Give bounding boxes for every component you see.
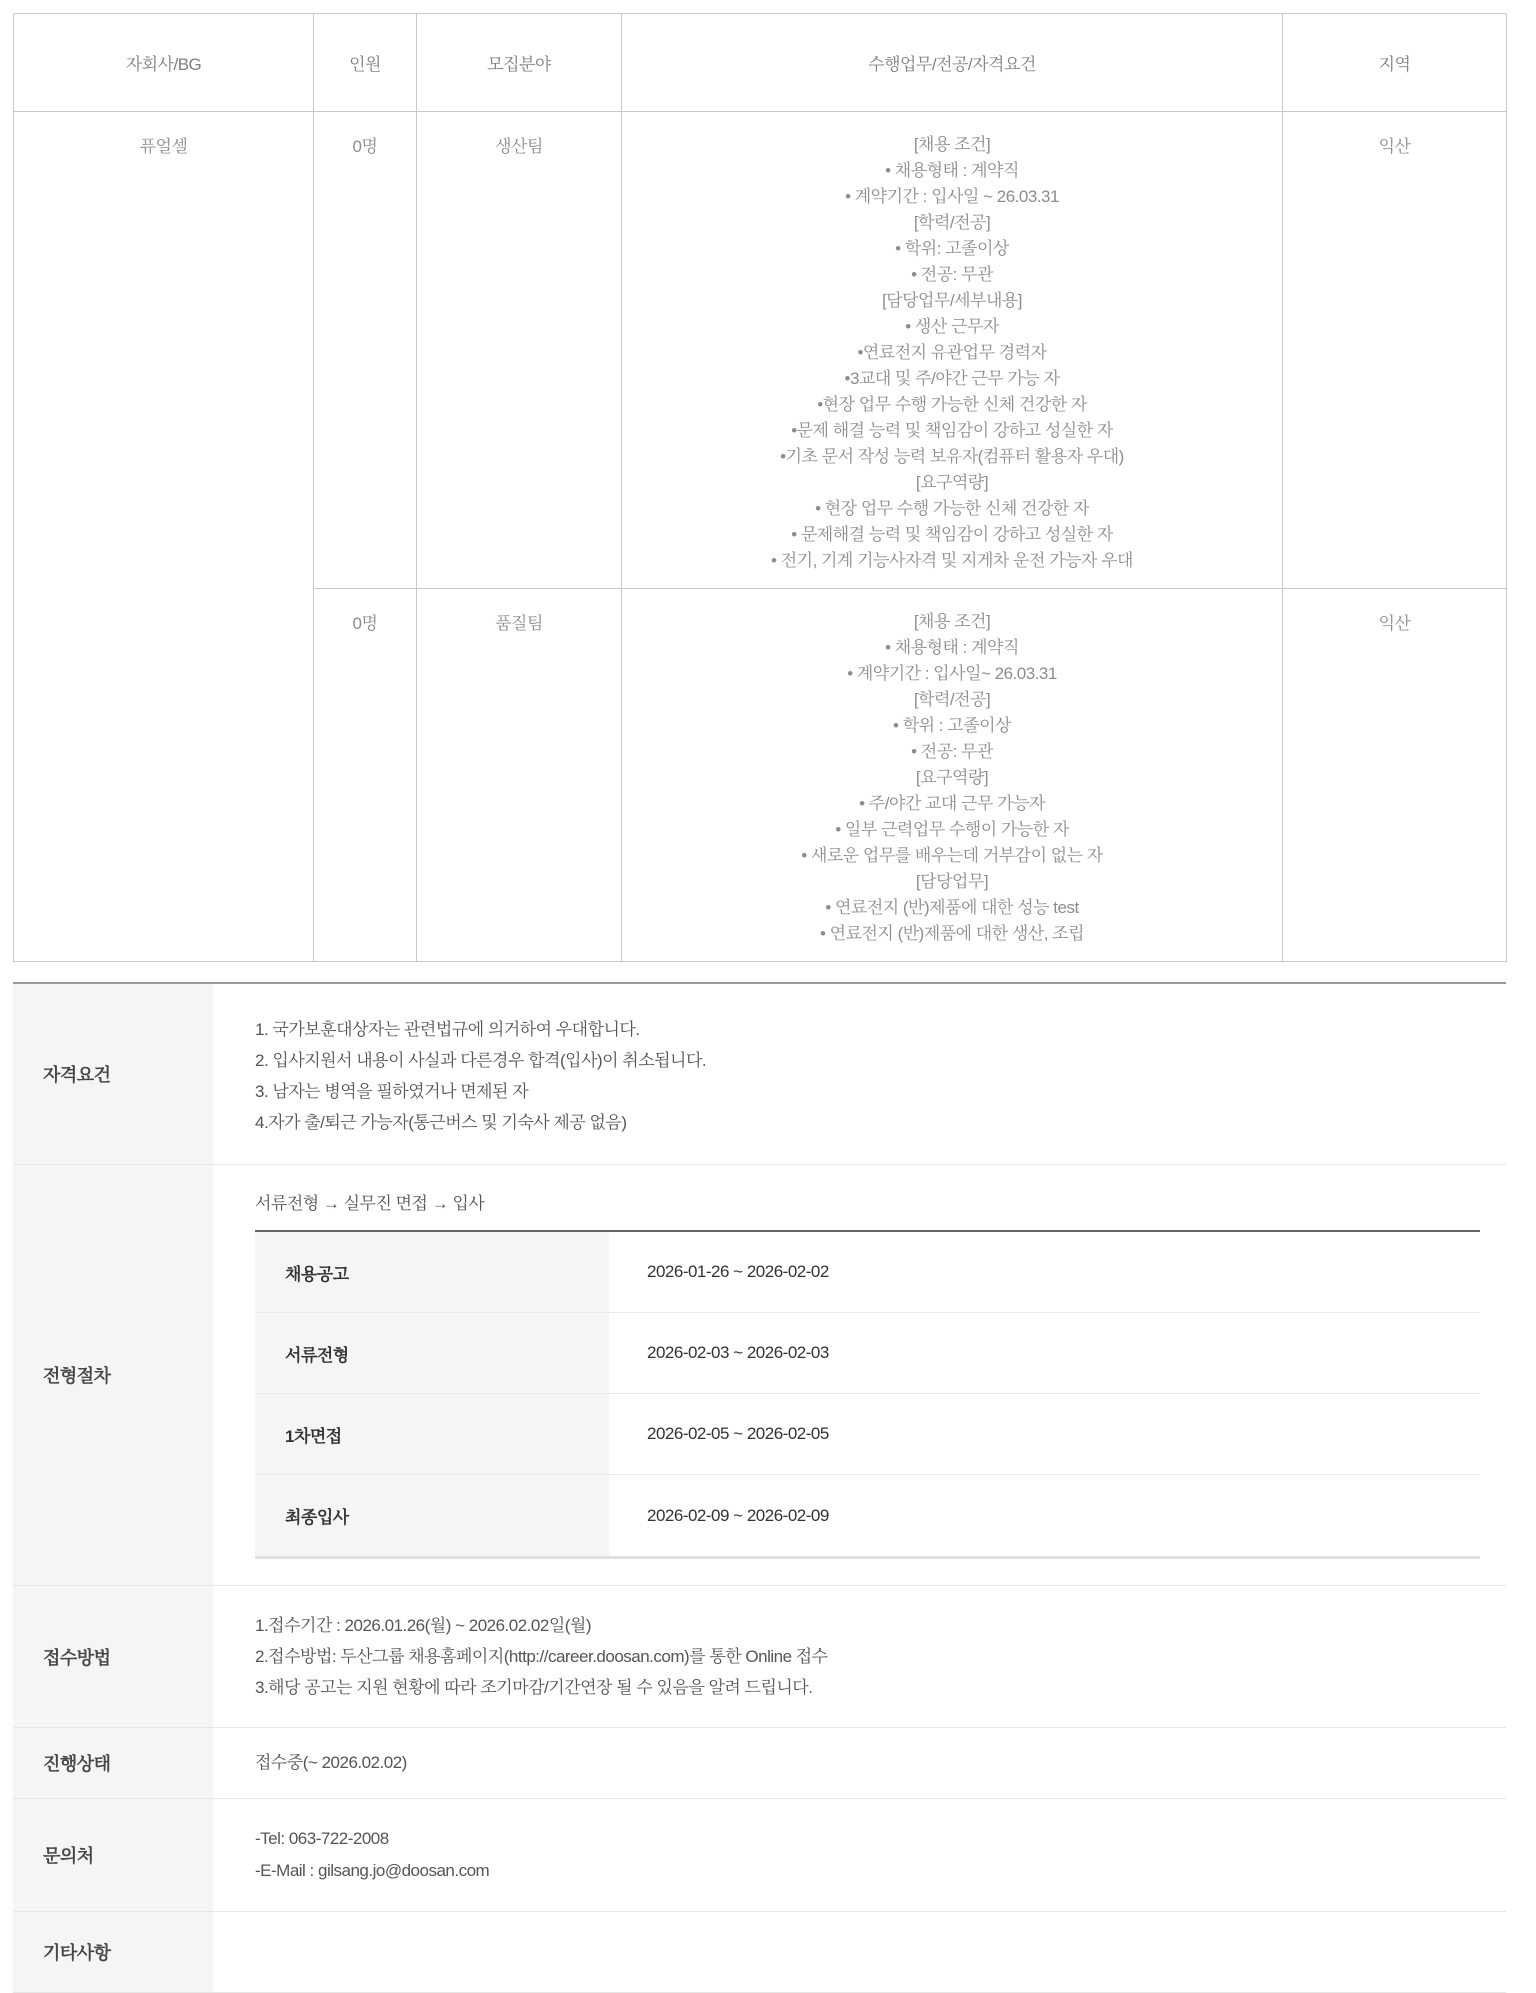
text-line: [요구역량] xyxy=(647,765,1257,791)
process-flow-text: 서류전형 → 실무진 면접 → 입사 xyxy=(255,1191,1486,1216)
schedule-step-period: 2026-02-09 ~ 2026-02-09 xyxy=(609,1475,1480,1556)
schedule-table: 채용공고 2026-01-26 ~ 2026-02-02 서류전형 2026-0… xyxy=(255,1230,1480,1559)
process-content: 서류전형 → 실무진 면접 → 입사 채용공고 2026-01-26 ~ 202… xyxy=(213,1165,1506,1585)
text-line: [학력/전공] xyxy=(647,687,1257,713)
headcount-cell: 0명 xyxy=(314,589,417,962)
schedule-step-name: 채용공고 xyxy=(255,1232,609,1312)
job-table-wrap: 자회사/BG 인원 모집분야 수행업무/전공/자격요건 지역 퓨얼셀 0명 생산… xyxy=(0,0,1536,962)
schedule-step-period: 2026-02-03 ~ 2026-02-03 xyxy=(609,1313,1480,1393)
text-line: -E-Mail : gilsang.jo@doosan.com xyxy=(255,1855,1486,1887)
job-posting-page: { "table": { "headers": ["자회사/BG", "인원",… xyxy=(0,0,1536,1985)
text-line: • 생산 근무자 xyxy=(647,314,1257,340)
section-label: 전형절차 xyxy=(13,1165,213,1585)
text-line: [학력/전공] xyxy=(647,210,1257,236)
text-line: •현장 업무 수행 가능한 신체 건강한 자 xyxy=(647,392,1257,418)
schedule-row: 1차면접 2026-02-05 ~ 2026-02-05 xyxy=(255,1394,1480,1475)
table-row: 퓨얼셀 0명 생산팀 [채용 조건]• 채용형태 : 계약직• 계약기간 : 입… xyxy=(14,112,1507,589)
text-line: • 연료전지 (반)제품에 대한 성능 test xyxy=(647,895,1257,921)
schedule-row: 최종입사 2026-02-09 ~ 2026-02-09 xyxy=(255,1475,1480,1556)
text-line: 2.접수방법: 두산그룹 채용홈페이지(http://career.doosan… xyxy=(255,1641,1486,1672)
text-line: •연료전지 유관업무 경력자 xyxy=(647,340,1257,366)
text-line: [담당업무/세부내용] xyxy=(647,288,1257,314)
schedule-row: 서류전형 2026-02-03 ~ 2026-02-03 xyxy=(255,1313,1480,1394)
field-cell: 생산팀 xyxy=(417,112,622,589)
qualifications-content: 1. 국가보훈대상자는 관련법규에 의거하여 우대합니다.2. 입사지원서 내용… xyxy=(213,984,1506,1164)
text-line: • 계약기간 : 입사일 ~ 26.03.31 xyxy=(647,184,1257,210)
etc-content xyxy=(213,1912,1506,1992)
text-line: • 일부 근력업무 수행이 가능한 자 xyxy=(647,817,1257,843)
text-line: • 주/야간 교대 근무 가능자 xyxy=(647,791,1257,817)
section-label: 기타사항 xyxy=(13,1912,213,1992)
status-value: 접수중(~ 2026.02.02) xyxy=(255,1747,1486,1779)
text-line: 1.접수기간 : 2026.01.26(월) ~ 2026.02.02일(월) xyxy=(255,1610,1486,1641)
text-line: [채용 조건] xyxy=(647,132,1257,158)
section-label: 진행상태 xyxy=(13,1728,213,1798)
schedule-step-name: 1차면접 xyxy=(255,1394,609,1474)
duties-cell: [채용 조건]• 채용형태 : 계약직• 계약기간 : 입사일 ~ 26.03.… xyxy=(622,112,1283,589)
schedule-row: 채용공고 2026-01-26 ~ 2026-02-02 xyxy=(255,1232,1480,1313)
text-line: • 현장 업무 수행 가능한 신체 건강한 자 xyxy=(647,496,1257,522)
text-line: 3. 남자는 병역을 필하였거나 면제된 자 xyxy=(255,1076,1486,1107)
text-line: 4.자가 출/퇴근 가능자(통근버스 및 기숙사 제공 없음) xyxy=(255,1107,1486,1138)
text-line: • 채용형태 : 계약직 xyxy=(647,635,1257,661)
section-apply-method: 접수방법 1.접수기간 : 2026.01.26(월) ~ 2026.02.02… xyxy=(13,1586,1506,1728)
text-line: 1. 국가보훈대상자는 관련법규에 의거하여 우대합니다. xyxy=(255,1014,1486,1045)
col-header-region: 지역 xyxy=(1283,14,1507,112)
text-line: • 새로운 업무를 배우는데 거부감이 없는 자 xyxy=(647,843,1257,869)
company-cell: 퓨얼셀 xyxy=(14,112,314,962)
section-etc: 기타사항 xyxy=(13,1912,1506,1993)
text-line: •3교대 및 주/야간 근무 가능 자 xyxy=(647,366,1257,392)
status-content: 접수중(~ 2026.02.02) xyxy=(213,1728,1506,1798)
schedule-step-period: 2026-01-26 ~ 2026-02-02 xyxy=(609,1232,1480,1312)
field-cell: 품질팀 xyxy=(417,589,622,962)
region-cell: 익산 xyxy=(1283,112,1507,589)
apply-method-content: 1.접수기간 : 2026.01.26(월) ~ 2026.02.02일(월)2… xyxy=(213,1586,1506,1727)
info-sections: 자격요건 1. 국가보훈대상자는 관련법규에 의거하여 우대합니다.2. 입사지… xyxy=(13,982,1506,1993)
text-line: • 문제해결 능력 및 책임감이 강하고 성실한 자 xyxy=(647,522,1257,548)
text-line: -Tel: 063-722-2008 xyxy=(255,1823,1486,1855)
headcount-cell: 0명 xyxy=(314,112,417,589)
section-label: 문의처 xyxy=(13,1799,213,1911)
text-line: 2. 입사지원서 내용이 사실과 다른경우 합격(입사)이 취소됩니다. xyxy=(255,1045,1486,1076)
section-label: 자격요건 xyxy=(13,984,213,1164)
text-line: •기초 문서 작성 능력 보유자(컴퓨터 활용자 우대) xyxy=(647,444,1257,470)
text-line: • 계약기간 : 입사일~ 26.03.31 xyxy=(647,661,1257,687)
schedule-step-period: 2026-02-05 ~ 2026-02-05 xyxy=(609,1394,1480,1474)
text-line: [채용 조건] xyxy=(647,609,1257,635)
col-header-field: 모집분야 xyxy=(417,14,622,112)
col-header-subsidiary: 자회사/BG xyxy=(14,14,314,112)
text-line: • 학위 : 고졸이상 xyxy=(647,713,1257,739)
section-qualifications: 자격요건 1. 국가보훈대상자는 관련법규에 의거하여 우대합니다.2. 입사지… xyxy=(13,984,1506,1165)
contact-content: -Tel: 063-722-2008-E-Mail : gilsang.jo@d… xyxy=(213,1799,1506,1911)
text-line: • 전기, 기계 기능사자격 및 지게차 운전 가능자 우대 xyxy=(647,548,1257,574)
section-label: 접수방법 xyxy=(13,1586,213,1727)
text-line: • 전공: 무관 xyxy=(647,739,1257,765)
col-header-headcount: 인원 xyxy=(314,14,417,112)
text-line: 3.해당 공고는 지원 현황에 따라 조기마감/기간연장 될 수 있음을 알려 … xyxy=(255,1672,1486,1703)
job-table-header-row: 자회사/BG 인원 모집분야 수행업무/전공/자격요건 지역 xyxy=(14,14,1507,112)
schedule-step-name: 서류전형 xyxy=(255,1313,609,1393)
section-contact: 문의처 -Tel: 063-722-2008-E-Mail : gilsang.… xyxy=(13,1799,1506,1912)
text-line: [담당업무] xyxy=(647,869,1257,895)
text-line: • 채용형태 : 계약직 xyxy=(647,158,1257,184)
text-line: • 학위: 고졸이상 xyxy=(647,236,1257,262)
section-status: 진행상태 접수중(~ 2026.02.02) xyxy=(13,1728,1506,1799)
job-table: 자회사/BG 인원 모집분야 수행업무/전공/자격요건 지역 퓨얼셀 0명 생산… xyxy=(13,13,1507,962)
duties-cell: [채용 조건]• 채용형태 : 계약직• 계약기간 : 입사일~ 26.03.3… xyxy=(622,589,1283,962)
region-cell: 익산 xyxy=(1283,589,1507,962)
text-line: •문제 해결 능력 및 책임감이 강하고 성실한 자 xyxy=(647,418,1257,444)
col-header-duties: 수행업무/전공/자격요건 xyxy=(622,14,1283,112)
schedule-step-name: 최종입사 xyxy=(255,1475,609,1556)
text-line: • 연료전지 (반)제품에 대한 생산, 조립 xyxy=(647,921,1257,947)
text-line: [요구역량] xyxy=(647,470,1257,496)
section-process: 전형절차 서류전형 → 실무진 면접 → 입사 채용공고 2026-01-26 … xyxy=(13,1165,1506,1586)
text-line: • 전공: 무관 xyxy=(647,262,1257,288)
